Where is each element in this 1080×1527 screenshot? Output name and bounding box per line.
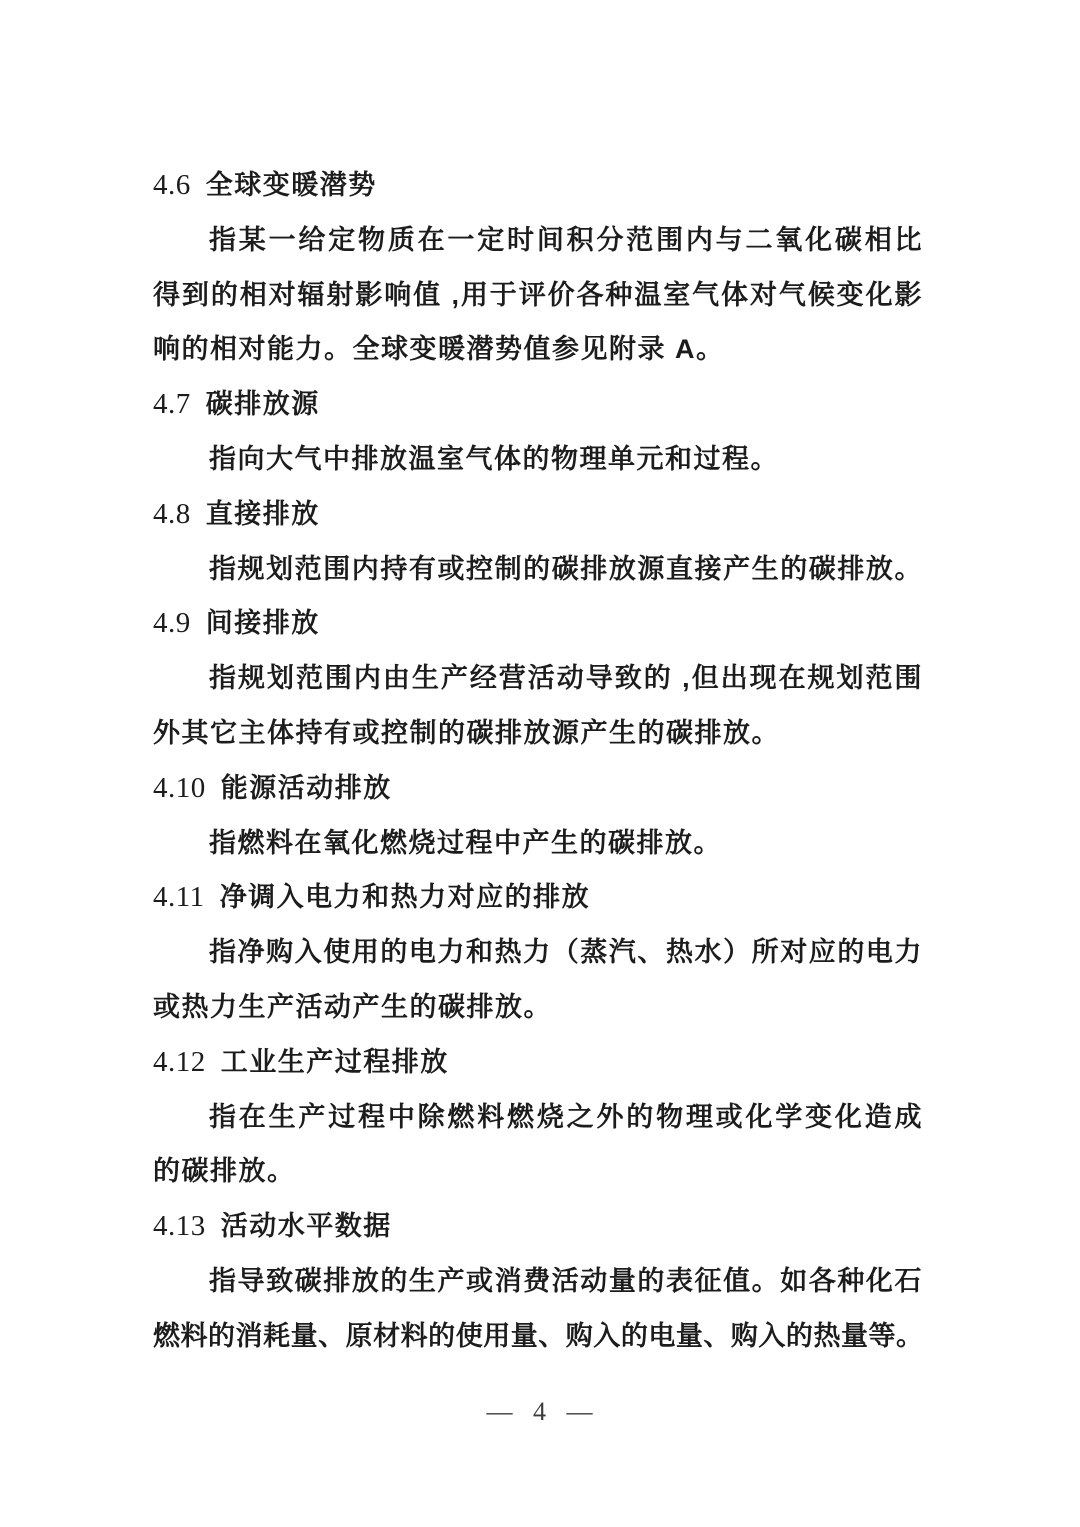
definition-line: 得到的相对辐射影响值 ,用于评价各种温室气体对气候变化影 — [153, 268, 923, 323]
section-heading-4-10: 4.10 能源活动排放 — [153, 761, 923, 816]
section-heading-4-6: 4.6 全球变暖潜势 — [153, 158, 923, 213]
definition-line: 指导致碳排放的生产或消费活动量的表征值。如各种化石 — [153, 1254, 923, 1309]
section-number: 4.13 — [153, 1199, 206, 1254]
section-number: 4.12 — [153, 1035, 206, 1090]
section-heading-4-8: 4.8 直接排放 — [153, 487, 923, 542]
definition-line: 响的相对能力。全球变暖潜势值参见附录 A。 — [153, 322, 923, 377]
section-title: 能源活动排放 — [221, 761, 392, 816]
section-title: 活动水平数据 — [221, 1199, 392, 1254]
definition-line: 指燃料在氧化燃烧过程中产生的碳排放。 — [153, 816, 923, 871]
section-heading-4-9: 4.9 间接排放 — [153, 596, 923, 651]
definition-line: 的碳排放。 — [153, 1144, 923, 1199]
document-page: 4.6 全球变暖潜势 指某一给定物质在一定时间积分范围内与二氧化碳相比 得到的相… — [0, 0, 1080, 1527]
definition-line: 指某一给定物质在一定时间积分范围内与二氧化碳相比 — [153, 213, 923, 268]
section-number: 4.7 — [153, 377, 191, 432]
definition-line: 燃料的消耗量、原材料的使用量、购入的电量、购入的热量等。 — [153, 1309, 923, 1364]
section-number: 4.11 — [153, 870, 205, 925]
definition-line: 指在生产过程中除燃料燃烧之外的物理或化学变化造成 — [153, 1090, 923, 1145]
page-number-footer: — 4 — — [0, 1392, 1080, 1432]
definitions-list: 4.6 全球变暖潜势 指某一给定物质在一定时间积分范围内与二氧化碳相比 得到的相… — [153, 158, 923, 1364]
section-heading-4-12: 4.12 工业生产过程排放 — [153, 1035, 923, 1090]
section-number: 4.10 — [153, 761, 206, 816]
section-title: 净调入电力和热力对应的排放 — [220, 870, 591, 925]
section-title: 间接排放 — [206, 596, 320, 651]
section-title: 碳排放源 — [206, 377, 320, 432]
section-number: 4.6 — [153, 158, 191, 213]
section-title: 全球变暖潜势 — [206, 158, 377, 213]
definition-line: 指规划范围内持有或控制的碳排放源直接产生的碳排放。 — [153, 542, 923, 597]
definition-line: 外其它主体持有或控制的碳排放源产生的碳排放。 — [153, 706, 923, 761]
section-number: 4.8 — [153, 487, 191, 542]
section-heading-4-11: 4.11 净调入电力和热力对应的排放 — [153, 870, 923, 925]
section-heading-4-13: 4.13 活动水平数据 — [153, 1199, 923, 1254]
definition-line: 指向大气中排放温室气体的物理单元和过程。 — [153, 432, 923, 487]
definition-line: 或热力生产活动产生的碳排放。 — [153, 980, 923, 1035]
definition-line: 指规划范围内由生产经营活动导致的 ,但出现在规划范围 — [153, 651, 923, 706]
section-title: 工业生产过程排放 — [221, 1035, 449, 1090]
section-number: 4.9 — [153, 596, 191, 651]
definition-line: 指净购入使用的电力和热力（蒸汽、热水）所对应的电力 — [153, 925, 923, 980]
section-title: 直接排放 — [206, 487, 320, 542]
section-heading-4-7: 4.7 碳排放源 — [153, 377, 923, 432]
